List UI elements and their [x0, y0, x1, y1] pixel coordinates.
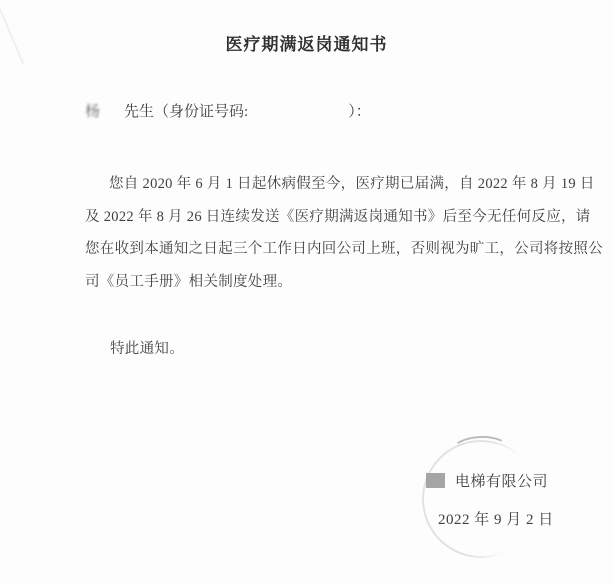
salutation-label: 先生（身份证号码:	[124, 104, 248, 120]
body-line: 司《员工手册》相关制度处理。	[85, 266, 603, 299]
recipient-surname: 杨	[85, 100, 100, 121]
document-title: 医疗期满返岗通知书	[0, 30, 613, 55]
redaction-box	[426, 473, 445, 488]
body-line: 您在收到本通知之日起三个工作日内回公司上班，否则视为旷工，公司将按照公	[85, 233, 603, 266]
company-name-row: 电梯有限公司	[426, 470, 554, 491]
body-line: 及 2022 年 8 月 26 日连续发送《医疗期满返岗通知书》后至今无任何反应…	[85, 201, 603, 234]
notice-document: 医疗期满返岗通知书 杨先生（身份证号码:）： 您自 2020 年 6 月 1 日…	[0, 0, 613, 583]
salutation-line: 杨先生（身份证号码:）：	[85, 100, 371, 121]
closing-line: 特此通知。	[110, 337, 184, 358]
signature-date: 2022 年 9 月 2 日	[438, 508, 554, 529]
salutation-suffix: ）：	[348, 104, 371, 120]
signature-block: 电梯有限公司 2022 年 9 月 2 日	[426, 470, 554, 529]
company-name: 电梯有限公司	[455, 470, 548, 491]
body-paragraph: 您自 2020 年 6 月 1 日起休病假至今，医疗期已届满，自 2022 年 …	[85, 168, 603, 298]
body-line: 您自 2020 年 6 月 1 日起休病假至今，医疗期已届满，自 2022 年 …	[85, 168, 603, 201]
